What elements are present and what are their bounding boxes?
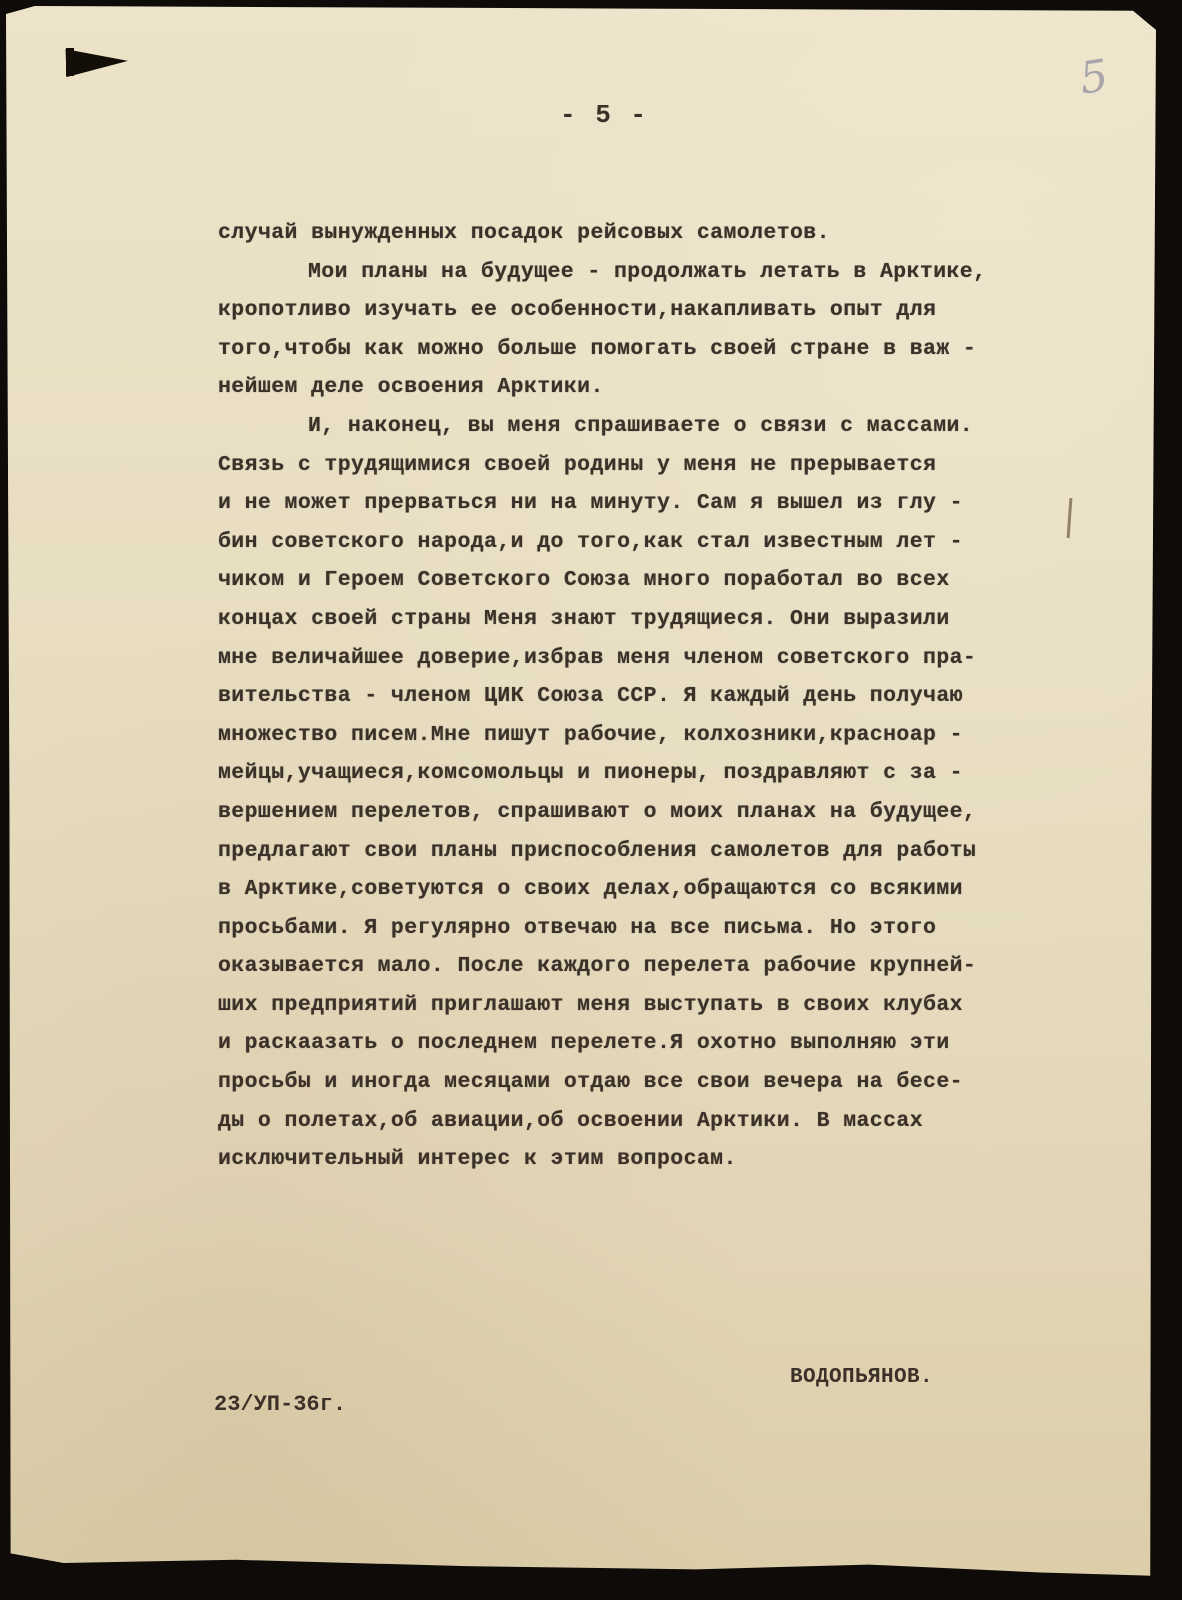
text-line: концах своей страны Меня знают трудящиес… [218, 600, 1078, 639]
text-line: Мои планы на будущее - продолжать летать… [218, 253, 1078, 292]
text-line: множество писем.Мне пишут рабочие, колхо… [218, 716, 1078, 755]
text-line: И, наконец, вы меня спрашиваете о связи … [218, 407, 1078, 446]
text-line: ших предприятий приглашают меня выступат… [218, 986, 1078, 1025]
text-line: ды о полетах,об авиации,об освоении Аркт… [218, 1102, 1078, 1141]
text-line: Связь с трудящимися своей родины у меня … [218, 446, 1078, 485]
text-line: оказывается мало. После каждого перелета… [218, 947, 1078, 986]
text-line: мне величайшее доверие,избрав меня члено… [218, 639, 1078, 678]
page-number: - 5 - [560, 100, 648, 130]
text-line: вительства - членом ЦИК Союза ССР. Я каж… [218, 677, 1078, 716]
signature: ВОДОПЬЯНОВ. [790, 1366, 933, 1389]
text-line: предлагают свои планы приспособления сам… [218, 832, 1078, 871]
text-line: кропотливо изучать ее особенности,накапл… [218, 291, 1078, 330]
text-line: и не может прерваться ни на минуту. Сам … [218, 484, 1078, 523]
text-line: просьбы и иногда месяцами отдаю все свои… [218, 1063, 1078, 1102]
text-line: случай вынужденных посадок рейсовых само… [218, 214, 1078, 253]
text-line: нейшем деле освоения Арктики. [218, 368, 1078, 407]
text-line: мейцы,учащиеся,комсомольцы и пионеры, по… [218, 754, 1078, 793]
text-line: бин советского народа,и до того,как стал… [218, 523, 1078, 562]
text-line: чиком и Героем Советского Союза много по… [218, 561, 1078, 600]
body-text: случай вынужденных посадок рейсовых само… [218, 214, 1078, 1179]
text-line: просьбами. Я регулярно отвечаю на все пи… [218, 909, 1078, 948]
text-line: вершением перелетов, спрашивают о моих п… [218, 793, 1078, 832]
date: 23/УП-36г. [214, 1392, 346, 1417]
text-line: того,чтобы как можно больше помогать сво… [218, 330, 1078, 369]
text-line: в Арктике,советуются о своих делах,обращ… [218, 870, 1078, 909]
text-line: и раскаазать о последнем перелете.Я охот… [218, 1024, 1078, 1063]
punch-hole-tear [66, 47, 129, 77]
text-line: исключительный интерес к этим вопросам. [218, 1140, 1078, 1179]
